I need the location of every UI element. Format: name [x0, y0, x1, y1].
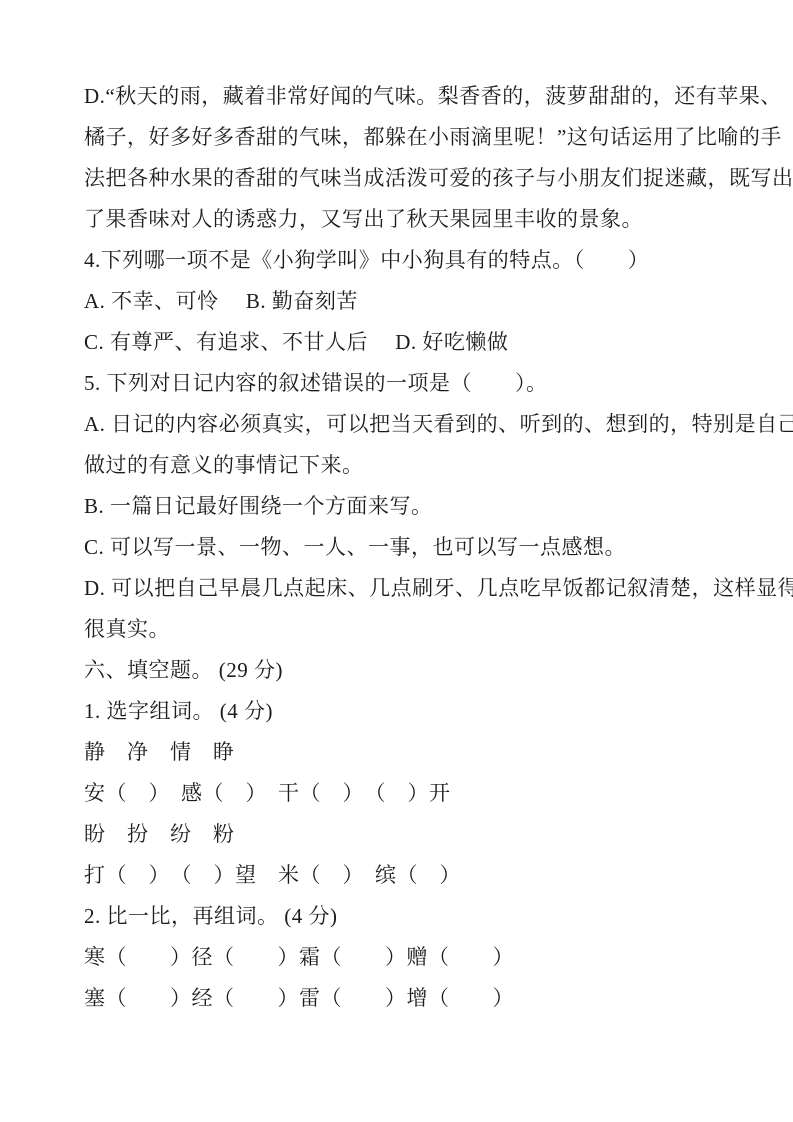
option-d-analysis-line-3: 法把各种水果的香甜的气味当成活泼可爱的孩子与小朋友们捉迷藏，既写出 [84, 158, 723, 199]
question-5-option-a-line-1: A. 日记的内容必须真实，可以把当天看到的、听到的、想到的，特别是自己 [84, 404, 723, 445]
fill-item-1-char-bank-1: 静 净 情 睁 [84, 732, 723, 773]
option-d-analysis-line-1: D.“秋天的雨，藏着非常好闻的气味。梨香香的，菠萝甜甜的，还有苹果、 [84, 76, 723, 117]
fill-item-2-blanks-row-2: 塞（ ）经（ ）雷（ ）增（ ） [84, 978, 723, 1019]
fill-item-1-title: 1. 选字组词。 (4 分) [84, 691, 723, 732]
test-paper-page: D.“秋天的雨，藏着非常好闻的气味。梨香香的，菠萝甜甜的，还有苹果、 橘子，好多… [0, 0, 793, 1122]
fill-item-1-blanks-row-1: 安（ ） 感（ ） 干（ ） （ ）开 [84, 773, 723, 814]
option-d-analysis-line-4: 了果香味对人的诱惑力，又写出了秋天果园里丰收的景象。 [84, 199, 723, 240]
question-4-stem: 4.下列哪一项不是《小狗学叫》中小狗具有的特点。（ ） [84, 240, 723, 281]
question-4-options-c-d: C. 有尊严、有追求、不甘人后 D. 好吃懒做 [84, 322, 723, 363]
question-5-option-c: C. 可以写一景、一物、一人、一事，也可以写一点感想。 [84, 527, 723, 568]
fill-item-2-blanks-row-1: 寒（ ）径（ ）霜（ ）赠（ ） [84, 937, 723, 978]
question-5-option-b: B. 一篇日记最好围绕一个方面来写。 [84, 486, 723, 527]
option-d-analysis-line-2: 橘子，好多好多香甜的气味，都躲在小雨滴里呢！”这句话运用了比喻的手 [84, 117, 723, 158]
question-5-option-a-line-2: 做过的有意义的事情记下来。 [84, 445, 723, 486]
section-6-heading: 六、填空题。 (29 分) [84, 650, 723, 691]
fill-item-1-char-bank-2: 盼 扮 纷 粉 [84, 814, 723, 855]
question-5-option-d-line-2: 很真实。 [84, 609, 723, 650]
question-5-stem: 5. 下列对日记内容的叙述错误的一项是（ ）。 [84, 363, 723, 404]
question-5-option-d-line-1: D. 可以把自己早晨几点起床、几点刷牙、几点吃早饭都记叙清楚，这样显得 [84, 568, 723, 609]
fill-item-1-blanks-row-2: 打（ ） （ ）望 米（ ） 缤（ ） [84, 855, 723, 896]
question-4-options-a-b: A. 不幸、可怜 B. 勤奋刻苦 [84, 281, 723, 322]
fill-item-2-title: 2. 比一比，再组词。 (4 分) [84, 896, 723, 937]
